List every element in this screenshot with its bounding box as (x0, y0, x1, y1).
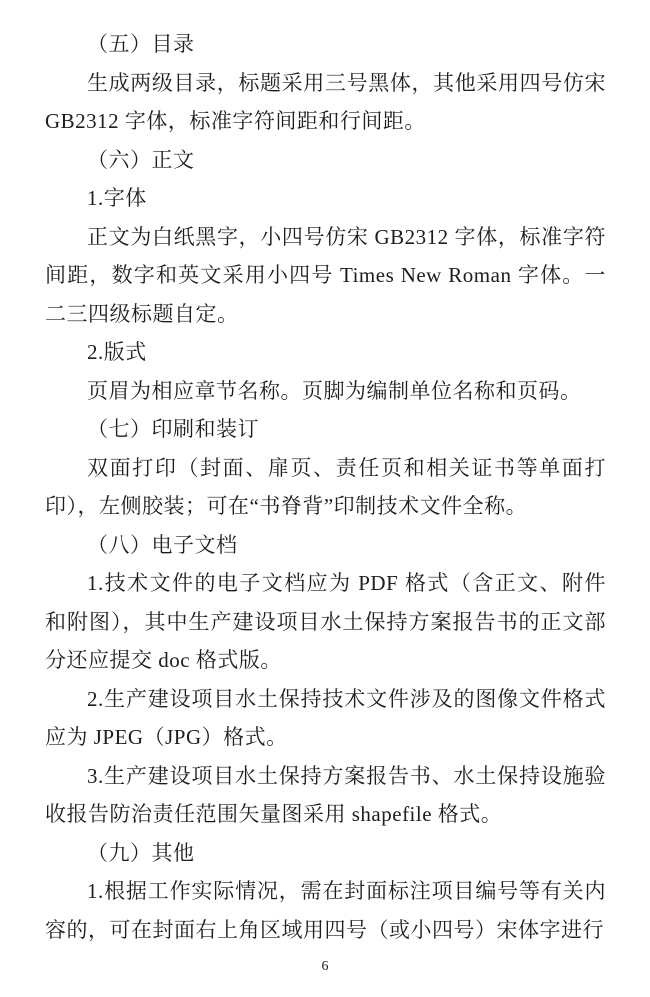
section-heading-8-edocument: （八）电子文档 (45, 526, 606, 565)
paragraph-shapefile-spec: 3.生产建设项目水土保持方案报告书、水土保持设施验收报告防治责任范围矢量图采用 … (45, 757, 606, 834)
paragraph-pdf-spec: 1.技术文件的电子文档应为 PDF 格式（含正文、附件和附图），其中生产建设项目… (45, 564, 606, 680)
subheading-2-layout: 2.版式 (45, 333, 606, 372)
document-page: （五）目录 生成两级目录，标题采用三号黑体，其他采用四号仿宋 GB2312 字体… (0, 0, 650, 997)
paragraph-contents-spec: 生成两级目录，标题采用三号黑体，其他采用四号仿宋 GB2312 字体，标准字符间… (45, 64, 606, 141)
section-heading-9-other: （九）其他 (45, 834, 606, 873)
section-heading-5-contents: （五）目录 (45, 25, 606, 64)
document-body: （五）目录 生成两级目录，标题采用三号黑体，其他采用四号仿宋 GB2312 字体… (45, 25, 606, 949)
paragraph-image-format-spec: 2.生产建设项目水土保持技术文件涉及的图像文件格式应为 JPEG（JPG）格式。 (45, 680, 606, 757)
page-number: 6 (322, 959, 329, 974)
paragraph-cover-label-spec: 1.根据工作实际情况，需在封面标注项目编号等有关内容的，可在封面右上角区域用四号… (45, 872, 606, 949)
paragraph-font-spec: 正文为白纸黑字，小四号仿宋 GB2312 字体，标准字符间距，数字和英文采用小四… (45, 218, 606, 334)
page-footer: 6 (0, 959, 650, 975)
paragraph-printing-spec: 双面打印（封面、扉页、责任页和相关证书等单面打印），左侧胶装；可在“书脊背”印制… (45, 449, 606, 526)
paragraph-header-footer-spec: 页眉为相应章节名称。页脚为编制单位名称和页码。 (45, 372, 606, 411)
subheading-1-font: 1.字体 (45, 179, 606, 218)
section-heading-6-body-text: （六）正文 (45, 141, 606, 180)
section-heading-7-printing: （七）印刷和装订 (45, 410, 606, 449)
